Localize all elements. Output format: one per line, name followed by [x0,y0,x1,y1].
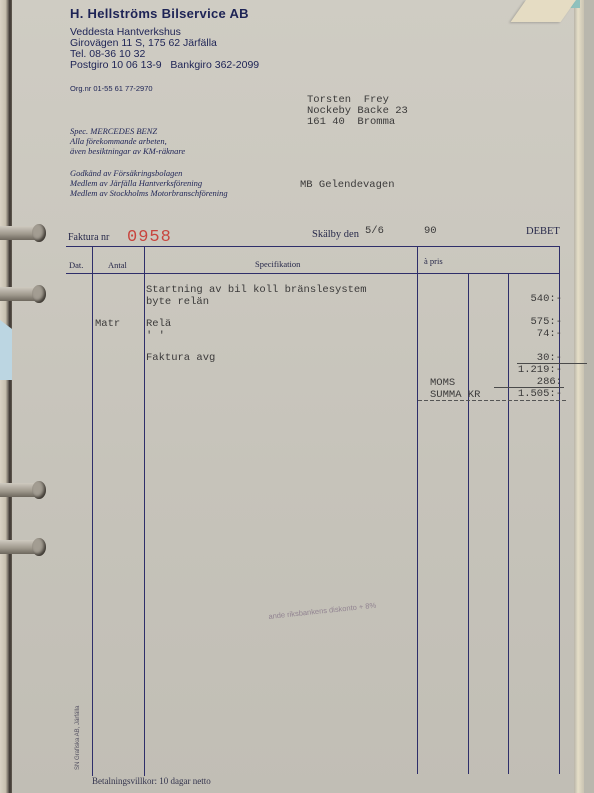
line-item-spec: byte relän [146,296,209,308]
org-number: Org.nr 01-55 61 77-2970 [70,84,153,93]
invoice-date-year: 90 [424,225,437,237]
printer-credit: SN Grafiska AB, Järfälla [75,706,81,770]
invoice-number: 0958 [127,228,172,247]
corner-fold [511,0,576,22]
company-giro: Postgiro 10 06 13-9 Bankgiro 362-2099 [70,59,259,71]
col-divider-spec [417,246,418,774]
line-item-spec: Startning av bil koll bränslesystem [146,284,367,296]
col-divider-date [92,246,93,776]
invoice-number-label: Faktura nr [68,232,109,243]
line-item-amount: 575:- [492,316,562,328]
page-edge [574,0,584,793]
vehicle-model: MB Gelendevagen [300,179,395,191]
col-divider-amount [508,273,509,774]
header-qty: Antal [108,260,127,270]
total-rule [418,400,568,401]
place-date-label: Skälby den [312,229,359,240]
header-date: Dat. [69,260,83,270]
header-specification: Specifikation [255,259,300,269]
binder-ring-icon [0,483,46,497]
table-top-border [66,246,560,247]
line-item-spec: ' ' [146,330,165,342]
table-header-border [66,273,560,274]
header-unit-price: à pris [424,256,443,266]
line-item-amount: 540:- [492,293,562,305]
line-item-spec: Relä [146,318,171,330]
total-amount: 1.505:- [492,388,562,400]
binder-ring-icon [0,540,46,554]
membership-line: Godkänd av Försäkringsbolagen [70,168,182,178]
line-item-qty: Matr [95,318,120,330]
payment-terms: Betalningsvillkor: 10 dagar netto [92,776,211,786]
line-item-amount: 74:- [492,328,562,340]
company-name: H. Hellströms Bilservice AB [70,6,249,21]
membership-line: Medlem av Järfälla Hantverksförening [70,178,202,188]
vat-label: MOMS [430,377,455,389]
invoice-type: DEBET [526,226,560,237]
col-divider-price [468,273,469,774]
recipient-postal: 161 40 Bromma [307,116,395,128]
subtotal-amount: 1.219:- [492,364,562,376]
specialty-line: även besiktningar av KM-räknare [70,146,185,156]
specialty-line: Spec. MERCEDES BENZ [70,126,157,136]
binder-ring-icon [0,287,46,301]
membership-line: Medlem av Stockholms Motorbranschförenin… [70,188,228,198]
binder-ring-icon [0,226,46,240]
invoice-date-day-month: 5/6 [365,225,384,237]
line-item-spec: Faktura avg [146,352,215,364]
specialty-line: Alla förekommande arbeten, [70,136,167,146]
